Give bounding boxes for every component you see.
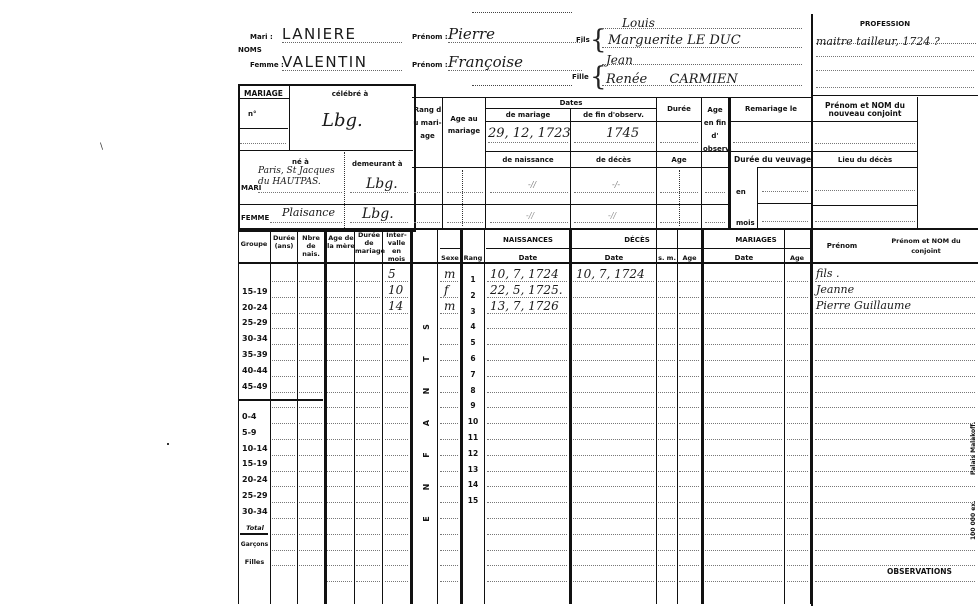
table-row-line [385,502,408,503]
table-row-line [573,313,654,314]
child-birth-date[interactable]: 22, 5, 1725. [490,283,568,297]
table-row-line [440,486,458,487]
table-row-line [573,439,654,440]
group-label: 30-34 [242,335,272,343]
table-row-line [787,471,808,472]
table-row-line [787,328,808,329]
table-row-line [327,392,352,393]
table-row-line [487,392,567,393]
table-row-line [272,550,295,551]
table-row-line [705,439,782,440]
table-row-line [299,455,322,456]
group-separator [238,399,323,401]
child-prenom[interactable]: fils . [816,267,966,280]
table-row-line [658,518,675,519]
table-row-line [299,281,322,282]
table-row-line [658,281,675,282]
group-label: 15-19 [242,460,272,468]
group-label: 20-24 [242,476,272,484]
table-row-line [705,502,782,503]
col-mariage-date: Date [704,254,784,262]
table-row-line [327,518,352,519]
col-nbre-nais: Nbre de nais. [298,234,324,258]
table-row-line [385,407,408,408]
table-row-line [440,423,458,424]
table-row-line [440,439,458,440]
vertical-word-letter: N [423,480,431,494]
table-row-line [299,328,322,329]
total-underline [240,533,268,535]
table-row-line [815,281,975,282]
table-row-line [385,360,408,361]
group-label: 30-34 [242,508,272,516]
table-row-line [787,565,808,566]
col-intervalle: Inter-valle en mois [383,231,410,263]
table-row-line [385,455,408,456]
table-row-line [385,471,408,472]
table-row-line [440,518,458,519]
table-row-line [705,455,782,456]
table-row-line [573,581,654,582]
table-row-line [272,518,295,519]
table-row-line [356,455,380,456]
table-row-line [815,502,975,503]
group-label: 0-4 [242,413,272,421]
col-deces-date: Date [572,254,656,262]
total-label: Total [240,524,270,532]
table-row-line [440,502,458,503]
child-prenom[interactable]: Jeanne [816,283,966,296]
table-row-line [658,344,675,345]
group-label: 15-19 [242,288,272,296]
table-row-line [385,534,408,535]
table-row-line [487,565,567,566]
table-col-line [297,229,298,604]
table-row-line [815,518,975,519]
table-row-line [787,376,808,377]
col-sm: s. m. [657,254,677,262]
child-sexe[interactable]: m [444,267,458,281]
vertical-word-letter: E [423,512,431,526]
rang-number: 6 [464,355,482,363]
table-row-line [327,534,352,535]
table-row-line [573,376,654,377]
table-col-line [410,229,413,604]
table-row-line [440,471,458,472]
table-row-line [272,281,295,282]
table-col-line [677,229,678,604]
table-row-line [815,471,975,472]
table-row-line [787,518,808,519]
table-row-line [487,455,567,456]
table-row-line [356,565,380,566]
table-row-line [658,423,675,424]
table-row-line [487,360,567,361]
table-row-line [299,550,322,551]
table-row-line [327,502,352,503]
table-row-line [679,328,699,329]
table-row-line [385,297,408,298]
table-col-line [324,229,327,604]
table-row-line [385,313,408,314]
table-row-line [299,423,322,424]
child-death-date[interactable]: 10, 7, 1724 [576,267,654,281]
table-row-line [299,297,322,298]
table-row-line [440,313,458,314]
table-row-line [658,376,675,377]
table-row-line [487,534,567,535]
table-row-line [573,392,654,393]
group-label: 35-39 [242,351,272,359]
table-row-line [787,313,808,314]
table-row-line [356,471,380,472]
child-sexe[interactable]: f [444,283,458,297]
child-intervalle[interactable]: 10 [388,283,408,297]
col-age-mere: Age de la mère [327,234,355,250]
table-row-line [327,281,352,282]
table-row-line [356,502,380,503]
table-row-line [573,486,654,487]
table-row-line [815,581,975,582]
table-row-line [487,471,567,472]
table-row-line [658,407,675,408]
table-row-line [272,486,295,487]
stray-mark: \ [100,142,103,152]
rang-number: 9 [464,402,482,410]
col-mariage-age: Age [786,254,808,262]
table-row-line [705,550,782,551]
table-row-line [327,344,352,345]
table-row-line [573,455,654,456]
table-row-line [679,486,699,487]
table-col-line [484,229,485,604]
rang-number: 11 [464,434,482,442]
table-row-line [299,518,322,519]
rang-number: 13 [464,466,482,474]
table-row-line [440,392,458,393]
table-row-line [299,344,322,345]
table-row-line [440,455,458,456]
table-row-line [815,392,975,393]
table-row-line [787,281,808,282]
table-row-line [440,581,458,582]
table-row-line [705,565,782,566]
table-col-line [382,229,383,604]
vertical-word-letter: A [423,416,431,430]
table-row-line [440,328,458,329]
table-row-line [440,550,458,551]
table-row-line [787,344,808,345]
table-row-line [327,360,352,361]
table-row-line [327,439,352,440]
rang-number: 12 [464,450,482,458]
group-label: 40-44 [242,367,272,375]
group-label: 10-14 [242,445,272,453]
table-row-line [299,486,322,487]
table-row-line [327,328,352,329]
table-row-line [272,360,295,361]
table-row-line [385,486,408,487]
table-row-line [327,376,352,377]
vertical-word-letter: N [423,384,431,398]
table-row-line [327,471,352,472]
table-row-line [299,471,322,472]
table-row-line [787,423,808,424]
table-row-line [679,439,699,440]
table-row-line [658,565,675,566]
rang-number: 4 [464,323,482,331]
table-row-line [573,328,654,329]
table-row-line [272,565,295,566]
table-row-line [705,581,782,582]
group-label: 25-29 [242,319,272,327]
table-row-line [299,313,322,314]
table-row-line [658,439,675,440]
table-row-line [299,502,322,503]
group-label: 45-49 [242,383,272,391]
table-row-line [815,328,975,329]
rang-number: 7 [464,371,482,379]
table-row-line [356,297,380,298]
table-row-line [573,360,654,361]
table-row-line [573,297,654,298]
table-row-line [573,407,654,408]
group-label: 20-24 [242,304,272,312]
table-row-line [487,581,567,582]
table-row-line [679,565,699,566]
table-row-line [815,439,975,440]
table-row-line [787,439,808,440]
table-row-line [487,550,567,551]
table-row-line [385,518,408,519]
table-row-line [440,565,458,566]
table-row-line [679,344,699,345]
col-prenom: Prénom [814,242,870,250]
table-row-line [815,297,975,298]
table-row-line [705,328,782,329]
table-row-line [787,360,808,361]
table-row-line [385,581,408,582]
table-row-line [487,502,567,503]
table-row-line [815,534,975,535]
table-row-line [356,423,380,424]
table-row-line [385,328,408,329]
child-birth-date[interactable]: 13, 7, 1726 [490,299,568,313]
table-row-line [487,376,567,377]
table-row-line [705,360,782,361]
observations-label: OBSERVATIONS [887,568,952,576]
table-row-line [815,344,975,345]
table-row-line [679,502,699,503]
table-row-line [679,376,699,377]
table-row-line [356,439,380,440]
table-row-line [272,313,295,314]
table-row-line [679,534,699,535]
child-sexe[interactable]: m [444,299,458,313]
rang-number: 1 [464,276,482,284]
table-row-line [815,376,975,377]
col-naissance-date: Date [486,254,570,262]
table-row-line [487,297,567,298]
table-row-line [487,328,567,329]
table-row-line [299,360,322,361]
table-row-line [272,392,295,393]
vertical-word-letter: F [423,448,431,462]
table-row-line [658,471,675,472]
print-run-imprint: 100 000 ex. [970,500,977,540]
table-row-line [787,486,808,487]
table-row-line [356,534,380,535]
table-row-line [272,297,295,298]
table-col-line [784,229,785,604]
mariages-rule [704,248,810,249]
child-intervalle[interactable]: 5 [388,267,408,281]
table-row-line [658,486,675,487]
table-row-line [272,407,295,408]
children-table: 15-1920-2425-2930-3435-3940-4445-490-45-… [0,0,980,609]
naiss-rule [486,248,570,249]
table-row-line [705,313,782,314]
table-row-line [679,297,699,298]
table-row-line [299,534,322,535]
table-row-line [299,439,322,440]
table-row-line [658,328,675,329]
table-row-line [385,281,408,282]
table-row-line [815,486,975,487]
table-row-line [327,581,352,582]
table-row-line [487,423,567,424]
table-row-line [573,423,654,424]
table-row-line [787,550,808,551]
table-row-line [705,518,782,519]
table-row-line [272,344,295,345]
child-birth-date[interactable]: 10, 7, 1724 [490,267,568,281]
table-row-line [440,297,458,298]
table-row-line [440,360,458,361]
table-row-line [356,407,380,408]
table-row-line [679,550,699,551]
table-row-line [385,423,408,424]
table-row-line [272,423,295,424]
table-row-line [787,502,808,503]
table-row-line [299,392,322,393]
table-row-line [327,550,352,551]
vertical-word-letter: T [423,352,431,366]
table-row-line [356,376,380,377]
table-row-line [573,344,654,345]
table-row-line [487,407,567,408]
table-row-line [815,550,975,551]
table-row-line [815,423,975,424]
table-row-line [658,455,675,456]
table-row-line [356,281,380,282]
table-row-line [705,344,782,345]
table-row-line [787,455,808,456]
garcons-label: Garçons [239,541,270,549]
table-col-line [810,229,811,604]
table-row-line [787,407,808,408]
col-duree-mariage: Durée de mariage [355,231,383,255]
table-row-line [356,392,380,393]
table-row-line [356,581,380,582]
table-row-line [272,502,295,503]
table-row-line [705,423,782,424]
table-row-line [272,534,295,535]
table-row-line [385,376,408,377]
col-sexe: Sexe [440,254,460,262]
table-row-line [679,392,699,393]
rang-number: 14 [464,481,482,489]
col-duree-ans: Durée (ans) [271,234,297,250]
table-row-line [299,407,322,408]
table-row-line [705,407,782,408]
table-row-line [356,550,380,551]
table-row-line [487,518,567,519]
table-row-line [573,281,654,282]
deces-rule [572,248,701,249]
table-row-line [658,550,675,551]
rang-number: 2 [464,292,482,300]
col-rang: Rang [462,254,484,262]
table-row-line [787,392,808,393]
table-row-line [679,581,699,582]
table-row-line [658,297,675,298]
table-row-line [573,565,654,566]
table-row-line [385,344,408,345]
table-row-line [487,281,567,282]
table-row-line [299,565,322,566]
table-row-line [705,376,782,377]
table-row-line [658,392,675,393]
table-row-line [272,376,295,377]
col-groupe: Groupe [238,240,270,248]
table-row-line [272,439,295,440]
table-col-line [569,229,572,604]
publisher-imprint: Palais Malakoff. [970,420,977,475]
col-mariages: MARIAGES [704,236,808,244]
table-row-line [705,392,782,393]
rang-number: 8 [464,387,482,395]
table-row-line [327,297,352,298]
table-row-line [658,581,675,582]
col-deces: DÉCÈS [572,236,702,244]
table-row-line [679,407,699,408]
table-row-line [487,486,567,487]
table-row-line [327,486,352,487]
table-col-line [701,229,704,604]
table-row-line [679,281,699,282]
table-row-line [356,360,380,361]
table-row-line [385,439,408,440]
table-row-line [573,518,654,519]
table-row-line [787,581,808,582]
child-prenom[interactable]: Pierre Guillaume [816,299,966,312]
rang-number: 15 [464,497,482,505]
table-row-line [815,455,975,456]
table-row-line [487,344,567,345]
table-col-line [437,229,438,604]
table-row-line [272,328,295,329]
table-row-line [356,344,380,345]
table-row-line [272,471,295,472]
table-row-line [679,313,699,314]
table-row-line [658,313,675,314]
table-row-line [815,565,975,566]
table-row-line [787,534,808,535]
child-intervalle[interactable]: 14 [388,299,408,313]
table-row-line [705,471,782,472]
table-row-line [573,471,654,472]
